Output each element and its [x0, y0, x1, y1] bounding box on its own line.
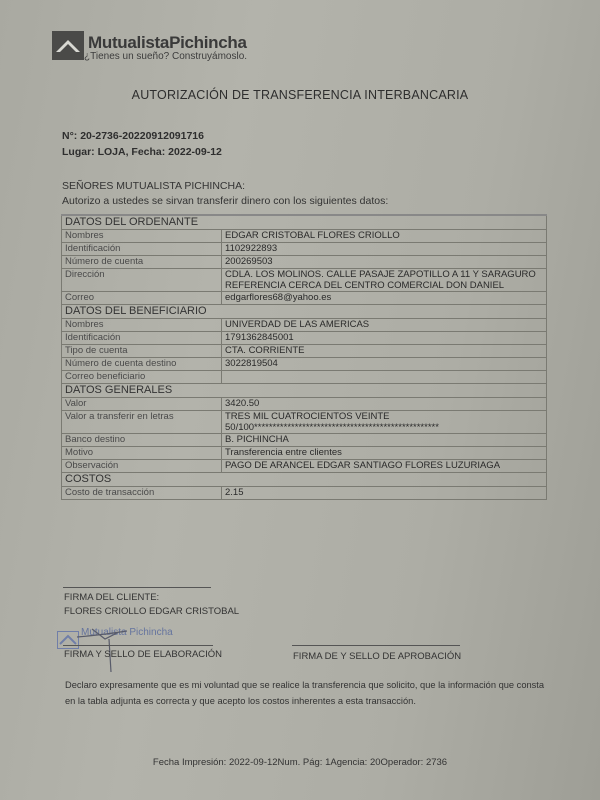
approval-signature-line	[292, 645, 460, 646]
elaboration-signature-line	[63, 645, 213, 646]
field-label: Banco destino	[62, 434, 222, 447]
section-title: DATOS GENERALES	[62, 384, 547, 398]
field-label: Nombres	[62, 230, 222, 243]
print-footer: Fecha Impresión: 2022-09-12Num. Pág: 1Ag…	[0, 757, 600, 768]
client-signature-line	[63, 587, 211, 588]
table-row: NombresEDGAR CRISTOBAL FLORES CRIOLLO	[62, 230, 547, 243]
salutation-block: SEÑORES MUTUALISTA PICHINCHA: Autorizo a…	[62, 179, 388, 209]
document-title: AUTORIZACIÓN DE TRANSFERENCIA INTERBANCA…	[0, 88, 600, 102]
declaration-text: Declaro expresamente que es mi voluntad …	[65, 677, 545, 709]
brand-slogan: ¿Tienes un sueño? Construyámoslo.	[84, 51, 247, 62]
table-row: MotivoTransferencia entre clientes	[62, 447, 547, 460]
section-header-beneficiario: DATOS DEL BENEFICIARIO	[62, 305, 547, 319]
field-label: Tipo de cuenta	[62, 345, 222, 358]
table-row: Banco destinoB. PICHINCHA	[62, 434, 547, 447]
table-row: Costo de transacción2.15	[62, 487, 547, 500]
field-value: B. PICHINCHA	[222, 434, 547, 447]
field-value: 200269503	[222, 256, 547, 269]
brand-logo: MutualistaPichincha ¿Tienes un sueño? Co…	[52, 31, 247, 62]
table-row: Número de cuenta destino3022819504	[62, 358, 547, 371]
field-label: Número de cuenta	[62, 256, 222, 269]
table-row: NombresUNIVERDAD DE LAS AMERICAS	[62, 319, 547, 332]
client-name: FLORES CRIOLLO EDGAR CRISTOBAL	[64, 605, 239, 619]
field-value: 3420.50	[222, 398, 547, 411]
field-value: 2.15	[222, 487, 547, 500]
brand-part2: Pichincha	[169, 33, 247, 52]
field-value: TRES MIL CUATROCIENTOS VEINTE 50/100****…	[222, 411, 547, 434]
place-date: Lugar: LOJA, Fecha: 2022-09-12	[62, 144, 222, 160]
field-value: edgarflores68@yahoo.es	[222, 292, 547, 305]
field-label: Número de cuenta destino	[62, 358, 222, 371]
table-row: Valor3420.50	[62, 398, 547, 411]
field-label: Dirección	[62, 269, 222, 292]
field-label: Valor a transferir en letras	[62, 411, 222, 434]
table-row: Identificación1791362845001	[62, 332, 547, 345]
field-value: 3022819504	[222, 358, 547, 371]
table-row: DirecciónCDLA. LOS MOLINOS. CALLE PASAJE…	[62, 269, 547, 292]
field-value: 1102922893	[222, 243, 547, 256]
section-header-ordenante: DATOS DEL ORDENANTE	[62, 215, 547, 230]
table-row: Correoedgarflores68@yahoo.es	[62, 292, 547, 305]
table-row: Número de cuenta200269503	[62, 256, 547, 269]
field-label: Identificación	[62, 332, 222, 345]
field-value: 1791362845001	[222, 332, 547, 345]
field-label: Observación	[62, 460, 222, 473]
field-label: Correo	[62, 292, 222, 305]
field-label: Motivo	[62, 447, 222, 460]
table-row: Correo beneficiario	[62, 371, 547, 384]
field-label: Costo de transacción	[62, 487, 222, 500]
chevron-up-house-icon	[52, 31, 84, 60]
section-header-costos: COSTOS	[62, 473, 547, 487]
field-label: Valor	[62, 398, 222, 411]
intro-text: Autorizo a ustedes se sirvan transferir …	[62, 194, 388, 209]
field-label: Nombres	[62, 319, 222, 332]
table-row: Tipo de cuentaCTA. CORRIENTE	[62, 345, 547, 358]
field-value: CDLA. LOS MOLINOS. CALLE PASAJE ZAPOTILL…	[222, 269, 547, 292]
section-title: DATOS DEL BENEFICIARIO	[62, 305, 547, 319]
salutation: SEÑORES MUTUALISTA PICHINCHA:	[62, 179, 388, 194]
field-value: CTA. CORRIENTE	[222, 345, 547, 358]
approval-signature-label: FIRMA DE Y SELLO DE APROBACIÓN	[293, 650, 461, 664]
table-row: ObservaciónPAGO DE ARANCEL EDGAR SANTIAG…	[62, 460, 547, 473]
table-row: Identificación1102922893	[62, 243, 547, 256]
transfer-data-table: DATOS DEL ORDENANTENombresEDGAR CRISTOBA…	[61, 214, 547, 500]
elaboration-signature-label: FIRMA Y SELLO DE ELABORACIÓN	[64, 648, 222, 662]
document-number: N°: 20-2736-20220912091716	[62, 128, 222, 144]
field-value: EDGAR CRISTOBAL FLORES CRIOLLO	[222, 230, 547, 243]
section-title: DATOS DEL ORDENANTE	[62, 215, 547, 230]
field-value	[222, 371, 547, 384]
field-label: Identificación	[62, 243, 222, 256]
field-value: UNIVERDAD DE LAS AMERICAS	[222, 319, 547, 332]
brand-part1: Mutualista	[88, 33, 169, 52]
document-meta: N°: 20-2736-20220912091716 Lugar: LOJA, …	[62, 128, 222, 160]
client-signature-label: FIRMA DEL CLIENTE:	[64, 591, 159, 605]
field-value: Transferencia entre clientes	[222, 447, 547, 460]
section-title: COSTOS	[62, 473, 547, 487]
field-label: Correo beneficiario	[62, 371, 222, 384]
field-value: PAGO DE ARANCEL EDGAR SANTIAGO FLORES LU…	[222, 460, 547, 473]
brand-name: MutualistaPichincha	[88, 34, 247, 51]
table-row: Valor a transferir en letrasTRES MIL CUA…	[62, 411, 547, 434]
section-header-generales: DATOS GENERALES	[62, 384, 547, 398]
